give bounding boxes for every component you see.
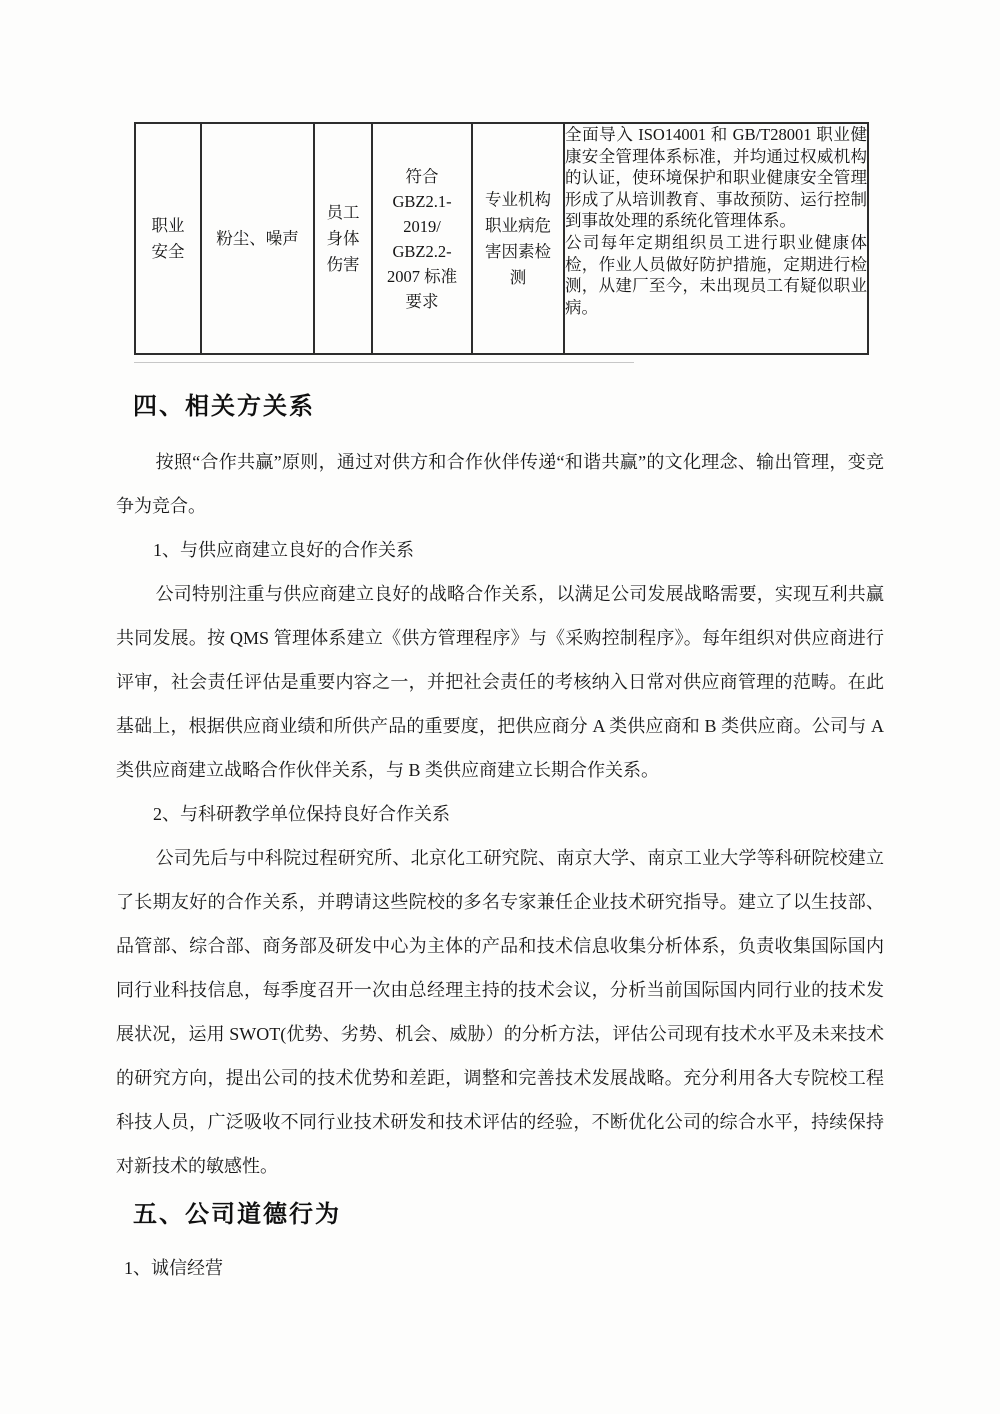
table-cell-standard: 符合 GBZ2.1- 2019/ GBZ2.2- 2007 标准 要求 <box>372 123 472 354</box>
scan-artifact-line <box>134 362 634 363</box>
section-five-heading: 五、公司道德行为 <box>133 1200 884 1230</box>
document-page: 职业 安全 粉尘、噪声 员工 身体 伤害 符合 GBZ2.1- 2019/ GB… <box>0 0 1000 1414</box>
measures-paragraph-2: 公司每年定期组织员工进行职业健康体检，作业人员做好防护措施，定期进行检测，从建厂… <box>565 232 867 318</box>
document-body: 四、相关方关系 按照“合作共赢”原则，通过对供方和合作伙伴传递“和谐共赢”的文化… <box>116 378 884 1290</box>
table-cell-detection: 专业机构 职业病危 害因素检 测 <box>472 123 564 354</box>
research-item-paragraph: 公司先后与中科院过程研究所、北京化工研究院、南京大学、南京工业大学等科研院校建立… <box>116 836 884 1188</box>
table-row: 职业 安全 粉尘、噪声 员工 身体 伤害 符合 GBZ2.1- 2019/ GB… <box>135 123 868 354</box>
integrity-item-title: 1、诚信经营 <box>124 1246 884 1290</box>
table-cell-impact: 员工 身体 伤害 <box>314 123 372 354</box>
supplier-item-paragraph: 公司特别注重与供应商建立良好的战略合作关系，以满足公司发展战略需要，实现互利共赢… <box>116 572 884 792</box>
occupational-safety-table: 职业 安全 粉尘、噪声 员工 身体 伤害 符合 GBZ2.1- 2019/ GB… <box>134 122 869 355</box>
table-cell-hazard: 粉尘、噪声 <box>201 123 314 354</box>
section-four-intro-paragraph: 按照“合作共赢”原则，通过对供方和合作伙伴传递“和谐共赢”的文化理念、输出管理，… <box>116 440 884 528</box>
table-cell-measures: 全面导入 ISO14001 和 GB/T28001 职业健康安全管理体系标准，并… <box>564 123 868 354</box>
measures-paragraph-1: 全面导入 ISO14001 和 GB/T28001 职业健康安全管理体系标准，并… <box>565 124 867 232</box>
research-item-title: 2、与科研教学单位保持良好合作关系 <box>153 792 884 836</box>
section-four-heading: 四、相关方关系 <box>133 392 884 422</box>
supplier-item-title: 1、与供应商建立良好的合作关系 <box>153 528 884 572</box>
table-cell-category: 职业 安全 <box>135 123 201 354</box>
